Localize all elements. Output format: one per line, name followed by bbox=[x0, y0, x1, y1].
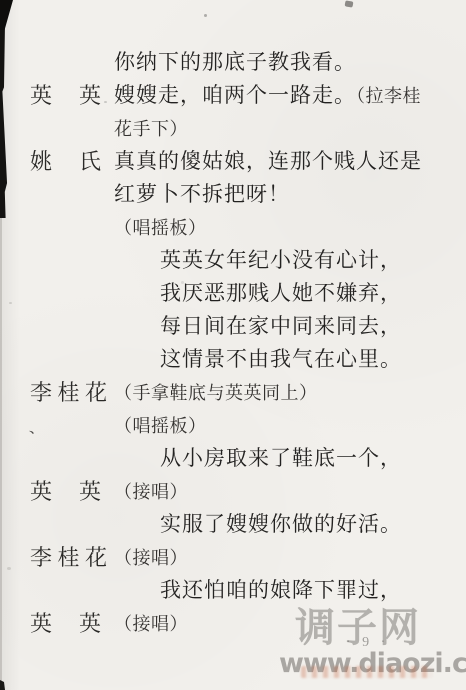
dialog-text: 这情景不由我气在心里。 bbox=[160, 347, 402, 371]
script-line: 英英女年纪小没有心计， bbox=[0, 244, 466, 277]
script-line: 这情景不由我气在心里。 bbox=[0, 343, 466, 376]
script-line: （唱摇板） bbox=[0, 211, 466, 244]
script-line: 英英（接唱） bbox=[0, 475, 466, 508]
stage-direction-text: （拉李桂 bbox=[356, 86, 421, 106]
speaker-name: 姚氏 bbox=[30, 145, 101, 178]
stage-direction-text: （手拿鞋底与英英同上） bbox=[114, 383, 318, 403]
script-line: 我还怕咱的娘降下罪过， bbox=[0, 574, 466, 607]
dialog-text: 我厌恶那贱人她不嫌弃， bbox=[160, 281, 402, 305]
speaker-name: 英英 bbox=[30, 79, 101, 112]
script-line: 实服了嫂嫂你做的好活。 bbox=[0, 508, 466, 541]
script-line: （唱摇板） bbox=[0, 409, 466, 442]
script-line: 英英嫂嫂走，咱两个一路走。（拉李桂 bbox=[0, 79, 466, 112]
stage-direction-text: （接唱） bbox=[114, 614, 188, 634]
script-line: 从小房取来了鞋底一个， bbox=[0, 442, 466, 475]
dialog-text: 你纳下的那底子教我看。 bbox=[114, 50, 356, 74]
dialog-text: 每日间在家中同来同去， bbox=[160, 314, 402, 338]
dialog-text: 从小房取来了鞋底一个， bbox=[160, 446, 402, 470]
speaker-name: 李桂花 bbox=[30, 376, 107, 409]
scan-artifact-top-right bbox=[345, 0, 354, 7]
speaker-name: 李桂花 bbox=[30, 541, 107, 574]
stage-direction-text: （接唱） bbox=[114, 482, 188, 502]
scan-speck bbox=[204, 14, 207, 17]
speaker-name: 英英 bbox=[30, 607, 101, 640]
script-line: 每日间在家中同来同去， bbox=[0, 310, 466, 343]
stage-direction-text: 花手下） bbox=[114, 119, 188, 139]
stage-direction-text: （接唱） bbox=[114, 548, 188, 568]
script-line: 姚氏真真的傻姑娘，连那个贱人还是 bbox=[0, 145, 466, 178]
script-line: 你纳下的那底子教我看。 bbox=[0, 46, 466, 79]
dialog-text: 英英女年纪小没有心计， bbox=[160, 248, 402, 272]
dialog-text: 真真的傻姑娘，连那个贱人还是 bbox=[114, 149, 422, 173]
script-line: 红萝卜不拆把呀！ bbox=[0, 178, 466, 211]
script-line: 李桂花（手拿鞋底与英英同上） bbox=[0, 376, 466, 409]
watermark-site-name: 调子网 bbox=[295, 606, 421, 650]
scan-artifact-bottom-left bbox=[0, 680, 5, 690]
script-line: 我厌恶那贱人她不嫌弃， bbox=[0, 277, 466, 310]
script-line: 花手下） bbox=[0, 112, 466, 145]
scanned-script-page: 、 你纳下的那底子教我看。英英嫂嫂走，咱两个一路走。（拉李桂花手下）姚氏真真的傻… bbox=[0, 0, 466, 690]
stage-direction-text: （唱摇板） bbox=[114, 416, 207, 436]
dialog-text: 实服了嫂嫂你做的好活。 bbox=[160, 512, 402, 536]
speaker-name: 英英 bbox=[30, 475, 101, 508]
watermark-red-smudge bbox=[301, 666, 433, 678]
dialog-text: 我还怕咱的娘降下罪过， bbox=[160, 578, 402, 602]
stage-direction-text: （唱摇板） bbox=[114, 218, 207, 238]
script-body: 你纳下的那底子教我看。英英嫂嫂走，咱两个一路走。（拉李桂花手下）姚氏真真的傻姑娘… bbox=[0, 46, 466, 640]
scan-artifact-corner-blob bbox=[0, 0, 13, 30]
script-line: 李桂花（接唱） bbox=[0, 541, 466, 574]
dialog-text: 红萝卜不拆把呀！ bbox=[114, 182, 290, 206]
dialog-text: 嫂嫂走，咱两个一路走。 bbox=[114, 83, 356, 107]
